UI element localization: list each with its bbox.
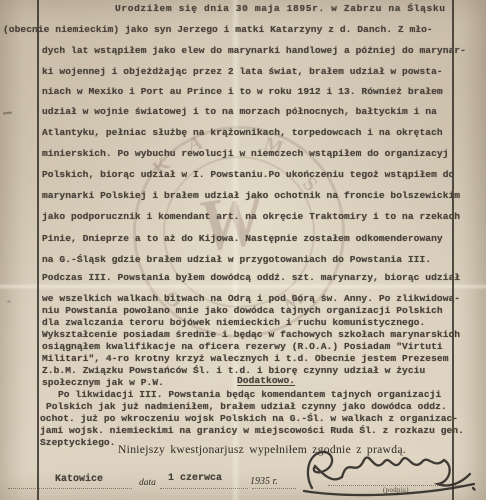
typed-line-3: dych lat wstąpiłem jako elew do marynark…: [42, 45, 466, 56]
place-value: Katowice: [55, 474, 103, 485]
typed-line-1: Urodziłem się dnia 30 maja 1895r. w Zabr…: [115, 3, 446, 14]
typed-line-15: we wszelkich walkach bitwach na Odrą i p…: [42, 293, 460, 304]
typed-line-17: dla zwalczania teroru bojówek niemieckic…: [42, 317, 425, 328]
typed-line-13: na G.-Śląsk gdzie brałem udział w przygo…: [42, 254, 431, 265]
horizontal-fold: [0, 283, 486, 290]
typed-line-21: Z.b.M. Związku Powstańców Śl. i t.d. i b…: [42, 365, 425, 376]
typed-line-12: Pinie, Dnieprze a to aż do Kijowa. Nastę…: [42, 233, 443, 244]
typed-line-19: osiągnąłem kwalifikacje na oficera rezer…: [42, 341, 443, 352]
typed-line-23: Po likwidacji III. Powstania będąc komen…: [58, 389, 441, 400]
typed-line-24: Polskich jak już nadmieniłem, brałem udz…: [46, 401, 447, 412]
date-label: data: [139, 478, 156, 488]
typed-line-22: społecznym jak w P.W.: [42, 377, 164, 388]
typed-line-11: jako podporucznik i komendant art. na ok…: [42, 211, 460, 222]
typed-line-18: Wykształcenie posiadam średnie i będąc w…: [42, 329, 460, 340]
dotted-line: [252, 488, 296, 489]
margin-mark: [3, 111, 12, 114]
document-page: W K A M S O W Urodziłem się dnia 30 maja…: [0, 0, 486, 500]
typed-line-27: Szeptyckiego.: [40, 437, 116, 448]
typed-line-2: (obecnie niemieckim) jako syn Jerzego i …: [3, 24, 433, 35]
frame-rule-left: [37, 0, 39, 500]
typed-line-9: Polskich, biorąc udział w I. Powstaniu.P…: [42, 169, 454, 180]
margin-mark: [7, 300, 11, 303]
typed-line-26: jami wojsk. niemieckimi na granicy w mie…: [40, 425, 464, 436]
typed-line-8: minierskich. Po wybuchu rewolucji w niem…: [42, 148, 449, 159]
year-value: 1935 r.: [250, 476, 278, 487]
typed-line-5: niach w Mexiko i Port au Prince i to w r…: [42, 86, 443, 97]
typed-line-16: niu Powstania powołano mnie jako dowódca…: [42, 305, 443, 316]
section-heading-dodatkowo: Dodatkowo.: [237, 375, 295, 386]
typed-line-14: Podczas III. Powstania byłem dowódcą odd…: [42, 272, 460, 283]
dotted-line: [160, 488, 248, 489]
signature-caption: (podpis): [383, 487, 409, 494]
dotted-line: [8, 488, 132, 489]
date-value: 1 czerwca: [168, 473, 222, 484]
typed-line-20: Militari", 4-ro krotny krzyż walecznych …: [42, 353, 449, 364]
typed-line-6: udział w wojnie światowej i to na morzac…: [42, 106, 437, 117]
typed-line-10: marynarki Polskiej i brałem udział jako …: [42, 190, 460, 201]
dotted-line: [328, 485, 472, 486]
typed-line-25: ochot. już po wkroczeniu wojsk Polskich …: [40, 413, 458, 424]
typed-line-4: ki wojennej i objeżdżając przez 2 lata ś…: [42, 66, 443, 77]
typed-line-7: Atlantyku, pełniac służbę na krążownikac…: [42, 127, 443, 138]
